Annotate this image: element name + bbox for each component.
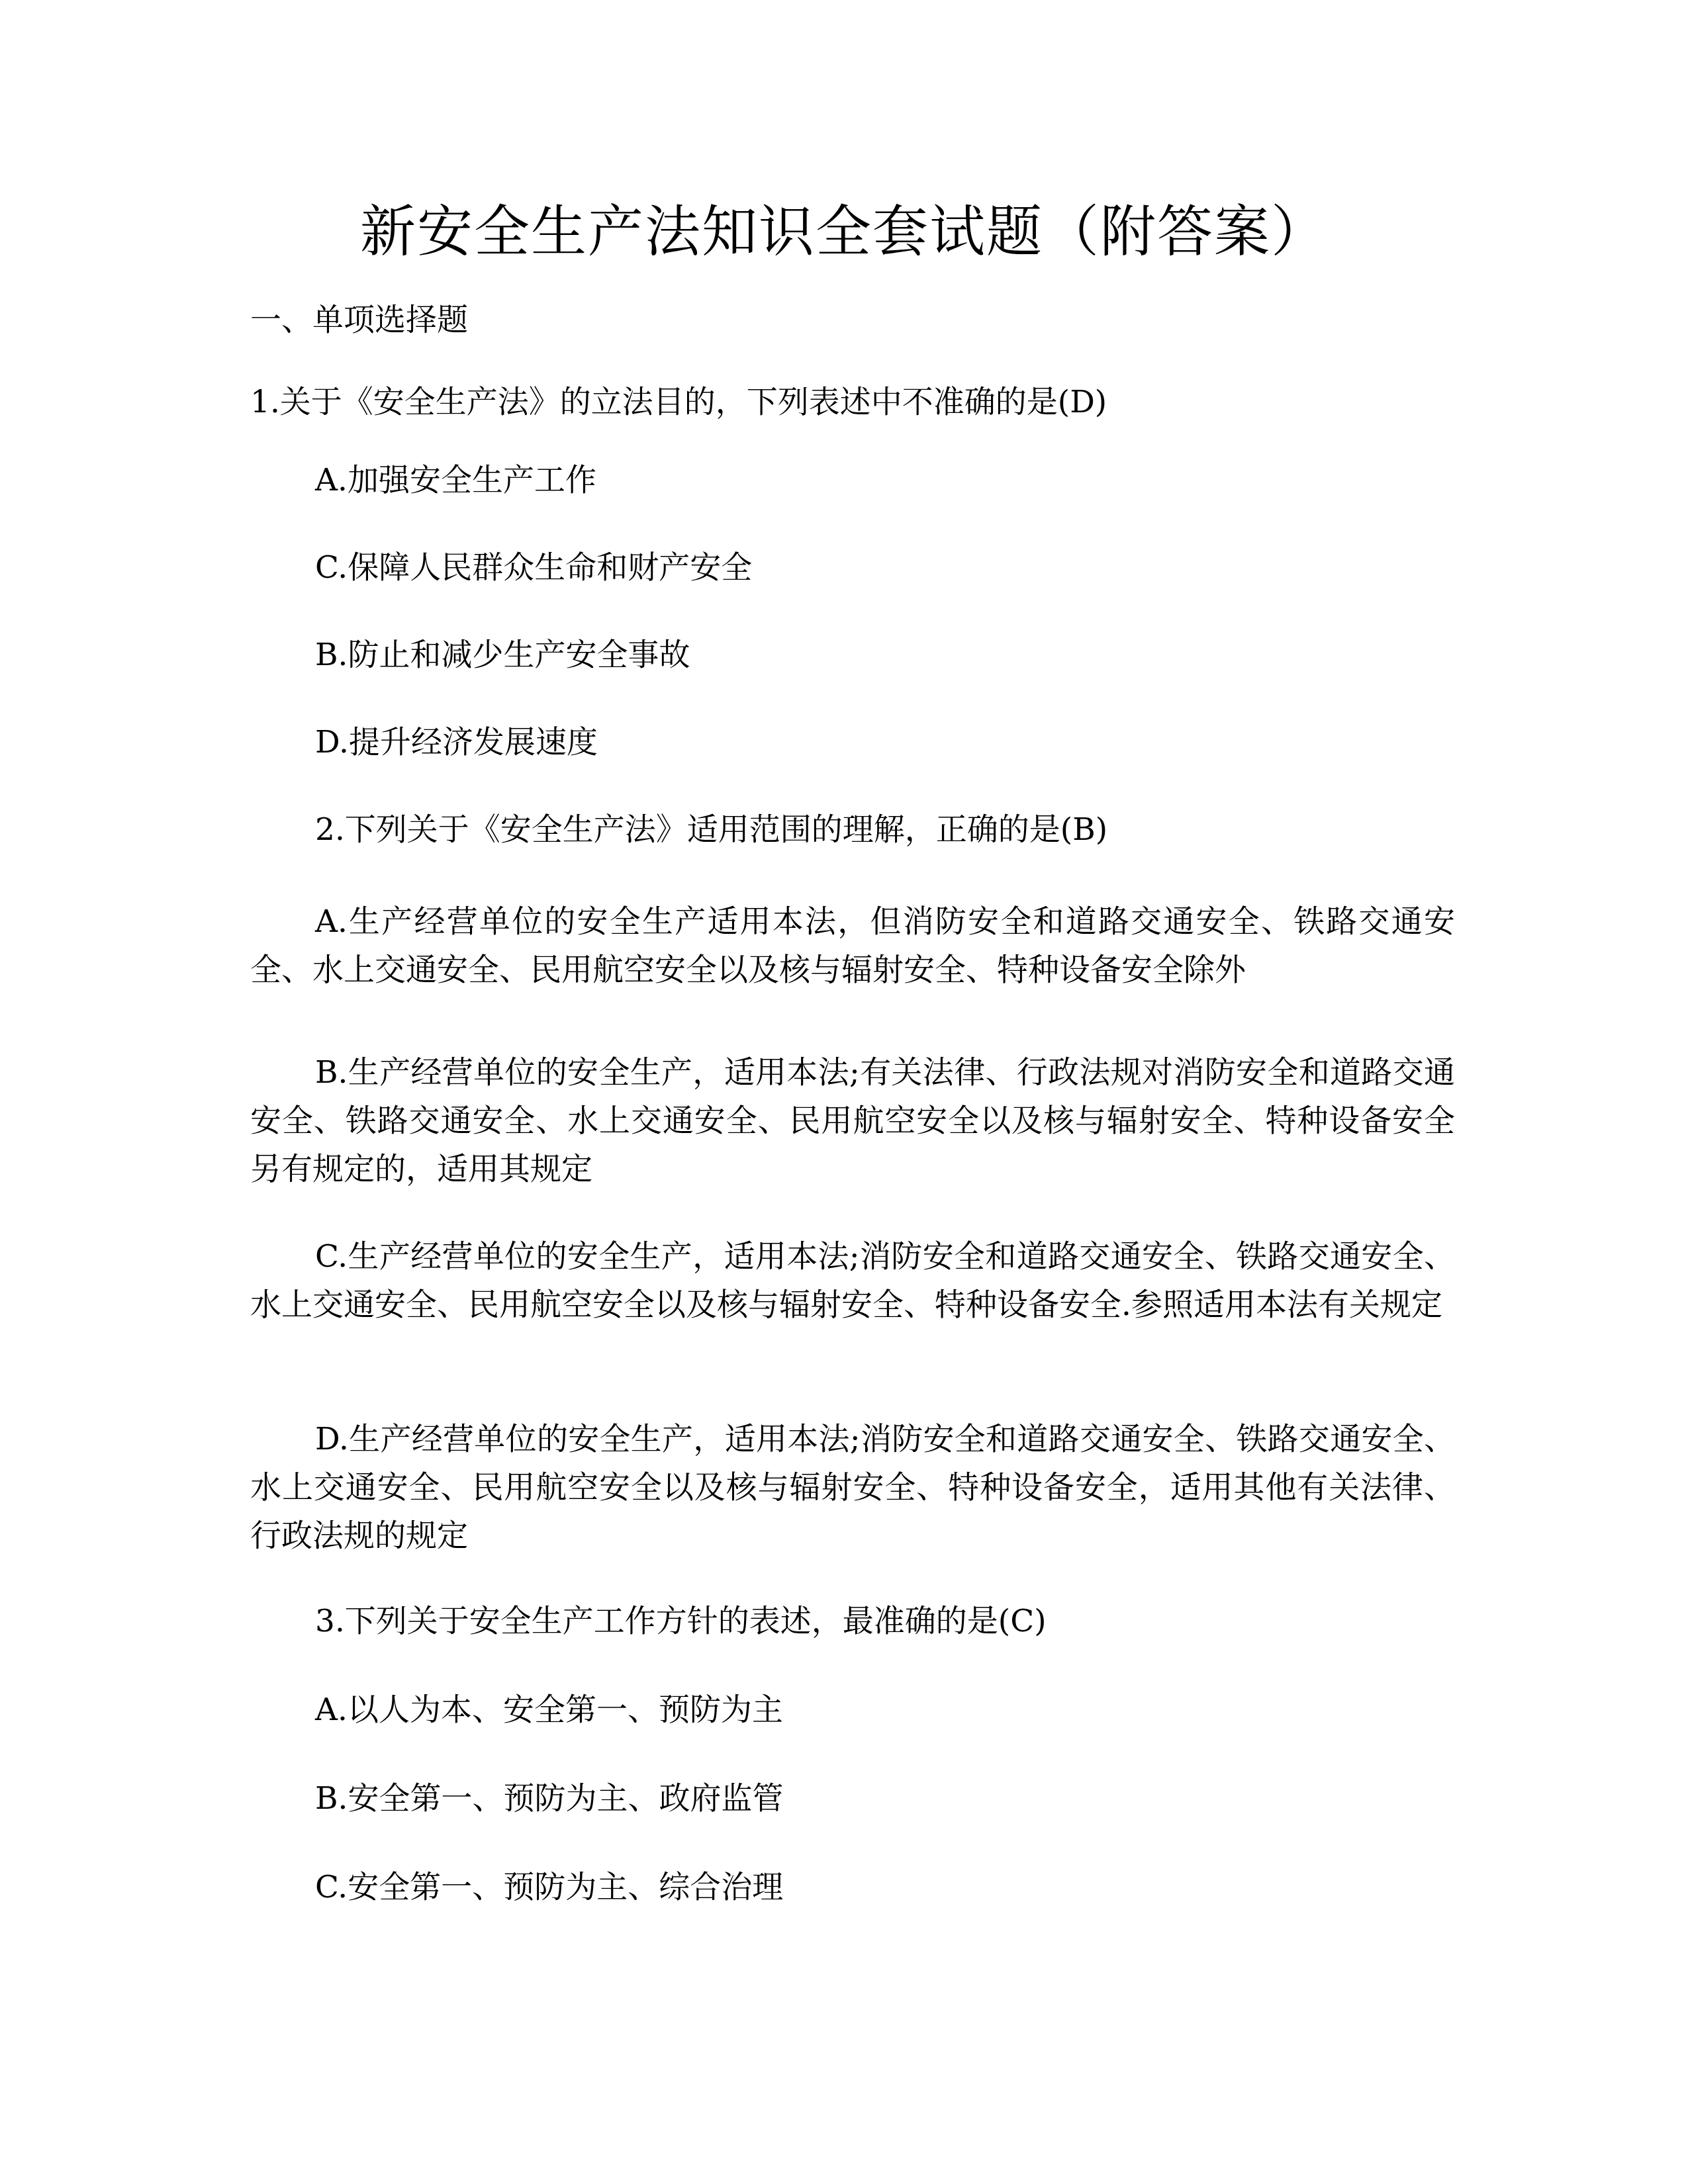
- question-1-option-b: B.防止和减少生产安全事故: [315, 637, 690, 674]
- question-1-stem: 1.关于《安全生产法》的立法目的，下列表述中不准确的是(D): [250, 384, 1107, 421]
- question-3-option-c: C.安全第一、预防为主、综合治理: [315, 1869, 783, 1906]
- question-3-option-a: A.以人为本、安全第一、预防为主: [315, 1692, 783, 1729]
- section-heading: 一、单项选择题: [250, 302, 468, 339]
- question-3-stem: 3.下列关于安全生产工作方针的表述，最准确的是(C): [315, 1603, 1046, 1640]
- question-2-option-b: B.生产经营单位的安全生产，适用本法;有关法律、行政法规对消防安全和道路交通安全…: [250, 1048, 1455, 1193]
- question-1-option-a: A.加强安全生产工作: [315, 462, 596, 499]
- question-2-option-a: A.生产经营单位的安全生产适用本法，但消防安全和道路交通安全、铁路交通安全、水上…: [250, 897, 1455, 994]
- question-2-option-c: C.生产经营单位的安全生产，适用本法;消防安全和道路交通安全、铁路交通安全、水上…: [250, 1232, 1455, 1329]
- document-page: 新安全生产法知识全套试题（附答案） 一、单项选择题 1.关于《安全生产法》的立法…: [0, 0, 1688, 2184]
- question-2-stem: 2.下列关于《安全生产法》适用范围的理解，正确的是(B): [315, 811, 1107, 848]
- question-3-option-b: B.安全第一、预防为主、政府监管: [315, 1780, 783, 1817]
- question-1-option-c: C.保障人民群众生命和财产安全: [315, 549, 752, 586]
- document-title: 新安全生产法知识全套试题（附答案）: [0, 195, 1688, 268]
- question-1-option-d: D.提升经济发展速度: [315, 724, 598, 761]
- question-2-option-d: D.生产经营单位的安全生产，适用本法;消防安全和道路交通安全、铁路交通安全、水上…: [250, 1415, 1455, 1560]
